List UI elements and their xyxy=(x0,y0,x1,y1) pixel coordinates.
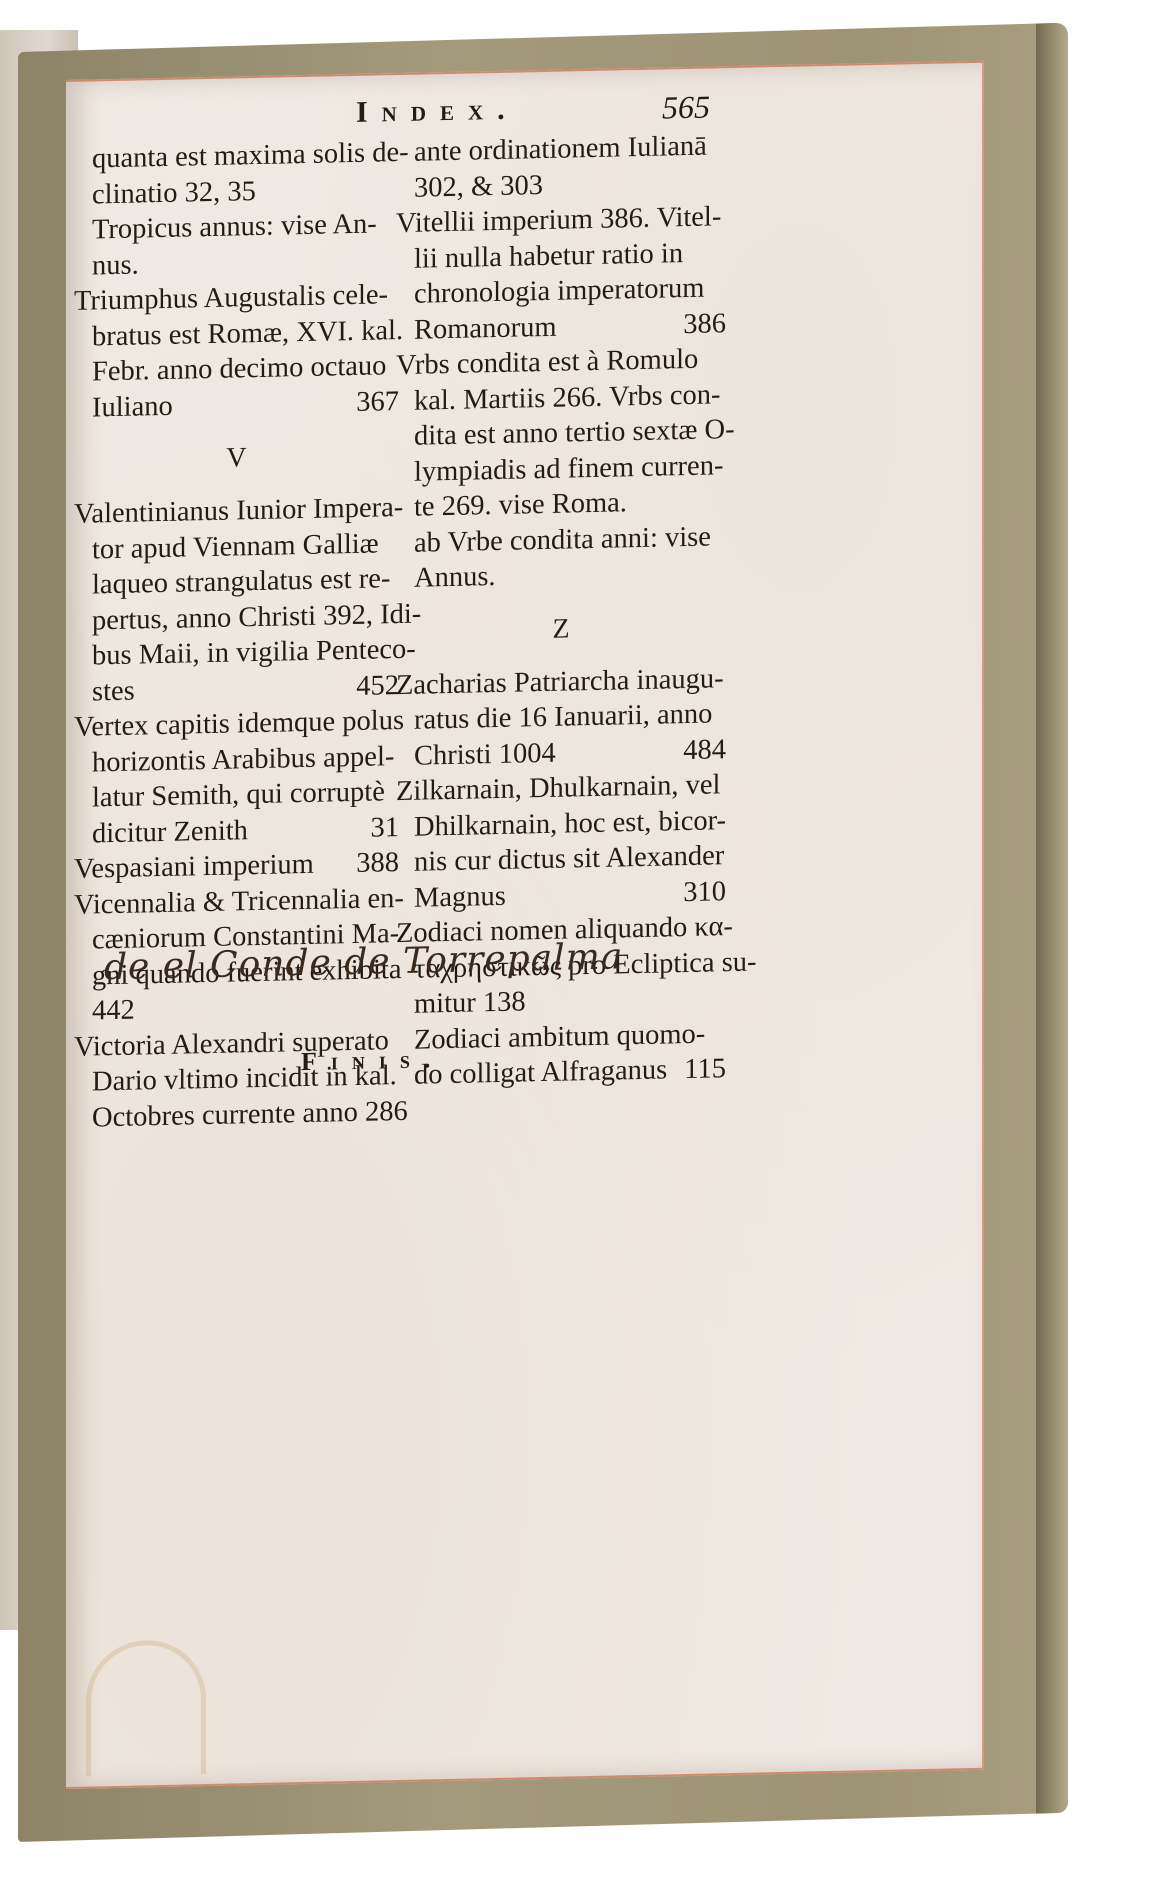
entry-text: laqueo strangulatus est re- xyxy=(92,563,390,600)
entry-text: stes xyxy=(92,675,135,707)
entry-text: ratus die 16 Ianuarii, anno xyxy=(414,698,712,735)
entry-text: Vicennalia & Tricennalia en- xyxy=(74,882,404,920)
page-reference: 452 xyxy=(356,668,399,704)
page-reference: 386 xyxy=(683,306,726,342)
entry-text: Magnus xyxy=(414,880,506,913)
index-entry: Zacharias Patriarcha inaugu-ratus die 16… xyxy=(396,661,726,774)
entry-text: dita est anno tertio sextæ O- xyxy=(414,414,735,452)
index-entry-line: do colligat Alfraganus115 xyxy=(396,1051,726,1093)
entry-text: nus. xyxy=(92,249,139,281)
page-reference: 367 xyxy=(356,384,399,420)
index-entry: Valentinianus Iunior Impera-tor apud Vie… xyxy=(74,490,399,710)
entry-text: 302, & 303 xyxy=(414,170,543,204)
entry-text: 442 xyxy=(92,995,135,1027)
entry-text: tor apud Viennam Galliæ xyxy=(92,528,379,565)
colophon-finis: Finis. xyxy=(301,1044,444,1077)
running-title: Index. xyxy=(356,93,519,130)
page-number: 565 xyxy=(662,89,710,127)
entry-text: pertus, anno Christi 392, Idi- xyxy=(92,598,421,636)
entry-text: Zodiaci ambitum quomo- xyxy=(414,1018,705,1055)
index-entry: Zilkarnain, Dhulkarnain, velDhilkarnain,… xyxy=(396,767,726,916)
entry-text: Tropicus annus: vise An- xyxy=(92,208,377,245)
entry-text: ante ordinationem Iulianā xyxy=(414,131,707,168)
right-entries: ante ordinationem Iulianā302, & 303Vitel… xyxy=(396,128,726,596)
entry-text: Iuliano xyxy=(92,390,173,423)
entry-text: Febr. anno decimo octauo xyxy=(92,350,386,387)
page-reference: 31 xyxy=(371,810,400,846)
index-entry: quanta est maxima solis de-clinatio 32, … xyxy=(74,135,399,213)
left-entries: quanta est maxima solis de-clinatio 32, … xyxy=(74,135,399,426)
page-reference: 484 xyxy=(683,732,726,768)
entry-text: Zacharias Patriarcha inaugu- xyxy=(396,663,724,701)
binding-fore-edge-fold xyxy=(1036,23,1068,1814)
entry-text: Valentinianus Iunior Impera- xyxy=(74,492,403,530)
entry-text: te 269. vise Roma. xyxy=(414,487,627,522)
entry-text: nis cur dictus sit Alexander xyxy=(414,840,724,877)
entry-text: Dhilkarnain, hoc est, bicor- xyxy=(414,805,726,843)
entry-text: bratus est Romæ, XVI. kal. xyxy=(92,314,403,352)
entry-text: do colligat Alfraganus xyxy=(414,1054,667,1090)
entry-text: bus Maii, in vigilia Penteco- xyxy=(92,634,416,672)
left-section-entries: Valentinianus Iunior Impera-tor apud Vie… xyxy=(74,490,399,1136)
entry-text: kal. Martiis 266. Vrbs con- xyxy=(414,379,720,416)
entry-text: Vitellii imperium 386. Vitel- xyxy=(396,201,721,239)
entry-text: chronologia imperatorum xyxy=(414,273,704,310)
index-entry: ab Vrbe condita anni: viseAnnus. xyxy=(396,519,726,597)
entry-text: Triumphus Augustalis cele- xyxy=(74,279,388,317)
entry-text: lympiadis ad finem curren- xyxy=(414,450,723,487)
entry-text: Vrbs condita est à Romulo xyxy=(396,344,698,381)
index-entry: Zodiaci ambitum quomo-do colligat Alfrag… xyxy=(396,1016,726,1094)
page-reference: 115 xyxy=(684,1051,726,1087)
entry-text: Vertex capitis idemque polus xyxy=(74,705,404,743)
entry-text: quanta est maxima solis de- xyxy=(92,137,409,175)
page-reference: 388 xyxy=(356,845,399,881)
entry-text: Christi 1004 xyxy=(414,737,556,771)
book-page: Index. 565 quanta est maxima solis de-cl… xyxy=(66,61,984,1789)
index-entry: ante ordinationem Iulianā302, & 303 xyxy=(396,128,726,206)
index-entry: Vitellii imperium 386. Vitel-lii nulla h… xyxy=(396,199,726,348)
entry-text: lii nulla habetur ratio in xyxy=(414,238,683,275)
section-letter-v: V xyxy=(74,419,399,497)
index-entry: Victoria Alexandri superatoDario vltimo … xyxy=(74,1023,399,1136)
index-entry: Vrbs condita est à Romulokal. Martiis 26… xyxy=(396,341,726,525)
entry-text: Vespasiani imperium xyxy=(74,849,314,885)
section-letter-z: Z xyxy=(396,590,726,668)
index-entry: Vertex capitis idemque polushorizontis A… xyxy=(74,703,399,852)
entry-text: Annus. xyxy=(414,561,496,594)
entry-text: mitur 138 xyxy=(414,986,526,1019)
entry-text: ab Vrbe condita anni: vise xyxy=(414,521,711,558)
right-section-entries: Zacharias Patriarcha inaugu-ratus die 16… xyxy=(396,661,726,1094)
page-reference: 310 xyxy=(683,874,726,910)
entry-text: Romanorum xyxy=(414,311,557,345)
water-stain xyxy=(86,1639,206,1777)
entry-text: Zilkarnain, Dhulkarnain, vel xyxy=(396,769,720,807)
index-entry: Triumphus Augustalis cele-bratus est Rom… xyxy=(74,277,399,426)
index-entry-line: Annus. xyxy=(396,554,726,596)
entry-text: latur Semith, qui corruptè xyxy=(92,776,385,813)
index-entry: Tropicus annus: vise An-nus. xyxy=(74,206,399,284)
entry-text: horizontis Arabibus appel- xyxy=(92,741,394,778)
entry-text: clinatio 32, 35 xyxy=(92,176,256,210)
entry-text: dicitur Zenith xyxy=(92,815,248,849)
index-entry-line: Iuliano367 xyxy=(74,384,399,426)
entry-text: Octobres currente anno 286 xyxy=(92,1095,408,1133)
index-entry-line: Octobres currente anno 286 xyxy=(74,1094,399,1136)
